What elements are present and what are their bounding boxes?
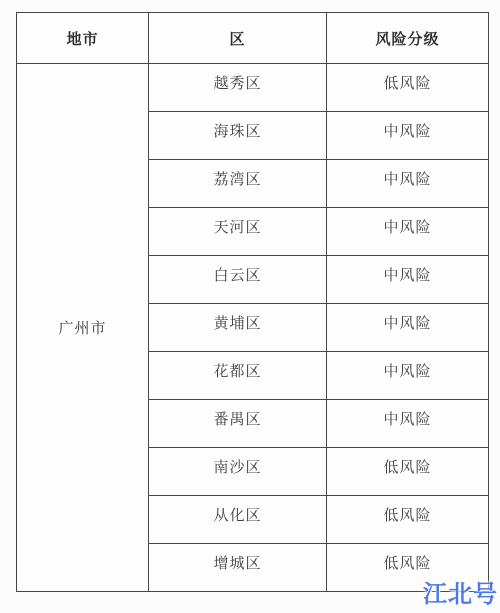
header-risk-level: 风险分级	[327, 13, 489, 64]
district-cell: 荔湾区	[149, 160, 327, 208]
risk-cell: 中风险	[327, 304, 489, 352]
district-cell: 增城区	[149, 544, 327, 592]
district-cell: 番禺区	[149, 400, 327, 448]
district-cell: 南沙区	[149, 448, 327, 496]
risk-cell: 低风险	[327, 496, 489, 544]
district-cell: 从化区	[149, 496, 327, 544]
district-cell: 黄埔区	[149, 304, 327, 352]
district-cell: 越秀区	[149, 64, 327, 112]
header-row: 地市 区 风险分级	[17, 13, 489, 64]
risk-cell: 中风险	[327, 208, 489, 256]
guangzhou-risk-table: 地市 区 风险分级 广州市越秀区低风险海珠区中风险荔湾区中风险天河区中风险白云区…	[16, 12, 489, 592]
district-cell: 天河区	[149, 208, 327, 256]
city-cell: 广州市	[17, 64, 149, 592]
watermark-jiangbeihao: 江北号	[423, 574, 498, 609]
header-district: 区	[149, 13, 327, 64]
risk-cell: 中风险	[327, 400, 489, 448]
district-cell: 白云区	[149, 256, 327, 304]
header-city: 地市	[17, 13, 149, 64]
risk-cell: 中风险	[327, 112, 489, 160]
district-cell: 花都区	[149, 352, 327, 400]
risk-cell: 中风险	[327, 160, 489, 208]
district-cell: 海珠区	[149, 112, 327, 160]
risk-cell: 中风险	[327, 352, 489, 400]
risk-cell: 中风险	[327, 256, 489, 304]
risk-cell: 低风险	[327, 64, 489, 112]
table-row: 广州市越秀区低风险	[17, 64, 489, 112]
risk-cell: 低风险	[327, 448, 489, 496]
risk-table-image: 地市 区 风险分级 广州市越秀区低风险海珠区中风险荔湾区中风险天河区中风险白云区…	[0, 0, 500, 613]
